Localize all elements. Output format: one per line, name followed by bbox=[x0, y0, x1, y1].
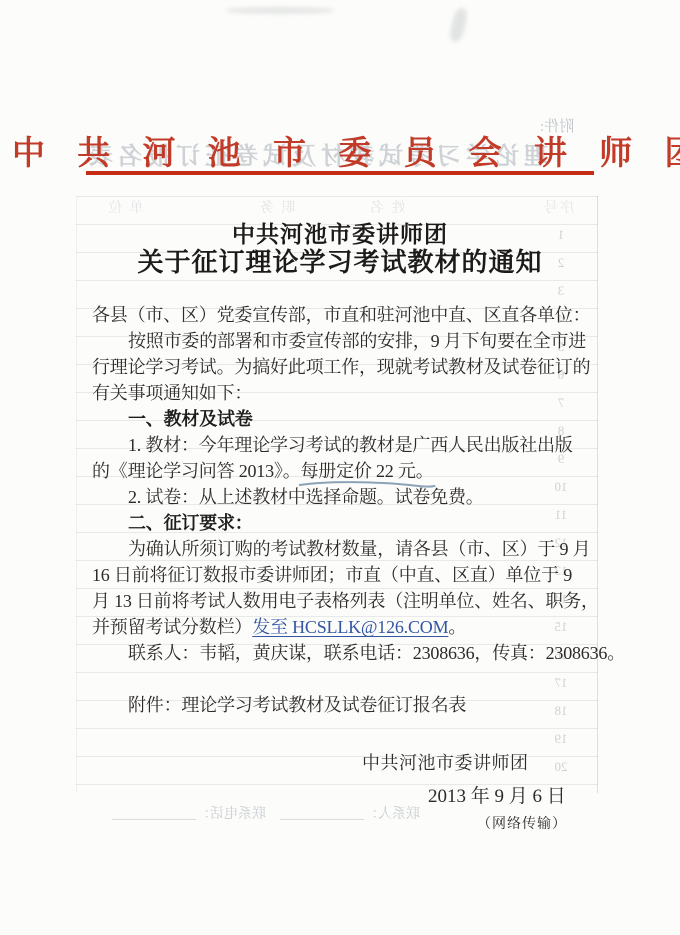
scan-smudge bbox=[448, 7, 469, 43]
price-line-prefix: 的《理论学习问答 2013》。 bbox=[92, 461, 301, 481]
contacts-line: 联系人：韦韬，黄庆谋，联系电话：2308636，传真：2308636。 bbox=[92, 640, 594, 666]
bleedthrough-row-number: 3 bbox=[548, 283, 574, 299]
body-line: 行理论学习考试。为搞好此项工作，现就考试教材及试卷征订的 bbox=[92, 354, 594, 380]
body-line: 1. 教材：今年理论学习考试的教材是广西人民出版社出版 bbox=[92, 432, 594, 458]
bleedthrough-column-header: 序号 bbox=[542, 197, 574, 217]
letterhead-rule bbox=[86, 171, 594, 175]
bleedthrough-column-header: 姓 名 bbox=[368, 197, 406, 217]
signature-date: 2013 年 9 月 6 日 bbox=[428, 781, 566, 808]
hand-underline-stroke bbox=[298, 479, 436, 489]
bleedthrough-column-header: 职 务 bbox=[258, 197, 296, 217]
body-line: 为确认所须订购的考试教材数量，请各县（市、区）于 9 月 bbox=[92, 536, 594, 562]
email-link[interactable]: 发至 HCSLLK@126.COM bbox=[252, 617, 448, 637]
body-line: 月 13 日前将考试人数用电子表格列表（注明单位、姓名、职务， bbox=[92, 588, 594, 614]
scan-smudge bbox=[225, 7, 335, 14]
body-line: 按照市委的部署和市委宣传部的安排，9 月下旬要在全市进 bbox=[92, 328, 594, 354]
blank-line bbox=[92, 666, 594, 692]
salutation-line: 各县（市、区）党委宣传部，市直和驻河池中直、区直各单位： bbox=[92, 302, 594, 328]
email-line-prefix: 并预留考试分数栏） bbox=[92, 617, 252, 637]
bleedthrough-column-header: 单 位 bbox=[106, 197, 144, 217]
bleedthrough-footer-line: 联系人：____________ 联系电话：____________ bbox=[56, 803, 420, 823]
doc-body: 各县（市、区）党委宣传部，市直和驻河池中直、区直各单位： 按照市委的部署和市委宣… bbox=[92, 302, 594, 718]
bleedthrough-row-number: 20 bbox=[548, 759, 574, 775]
transmission-note: （网络传输） bbox=[477, 813, 567, 833]
doc-title-line2: 关于征订理论学习考试教材的通知 bbox=[0, 242, 680, 279]
section2-heading: 二、征订要求： bbox=[92, 510, 594, 536]
price-line: 的《理论学习问答 2013》。每册定价 22 元。 bbox=[92, 458, 594, 484]
price-underlined: 每册定价 22 元。 bbox=[301, 458, 434, 484]
document-page: 理论学习考试教材及试卷征订报名表 附件: 单 位 职 务 姓 名 序号 1234… bbox=[0, 0, 680, 935]
signature-org: 中共河池市委讲师团 bbox=[362, 749, 529, 775]
attachment-line: 附件：理论学习考试教材及试卷征订报名表 bbox=[92, 692, 594, 718]
email-line-suffix: 。 bbox=[448, 617, 466, 637]
body-line: 16 日前将征订数报市委讲师团；市直（中直、区直）单位于 9 bbox=[92, 562, 594, 588]
email-line: 并预留考试分数栏）发至 HCSLLK@126.COM。 bbox=[92, 614, 594, 640]
letterhead-title: 中 共 河 池 市 委 员 会 讲 师 团 bbox=[0, 127, 680, 174]
body-line: 有关事项通知如下： bbox=[92, 380, 594, 406]
bleedthrough-row-number: 19 bbox=[548, 731, 574, 747]
section1-heading: 一、教材及试卷 bbox=[92, 406, 594, 432]
